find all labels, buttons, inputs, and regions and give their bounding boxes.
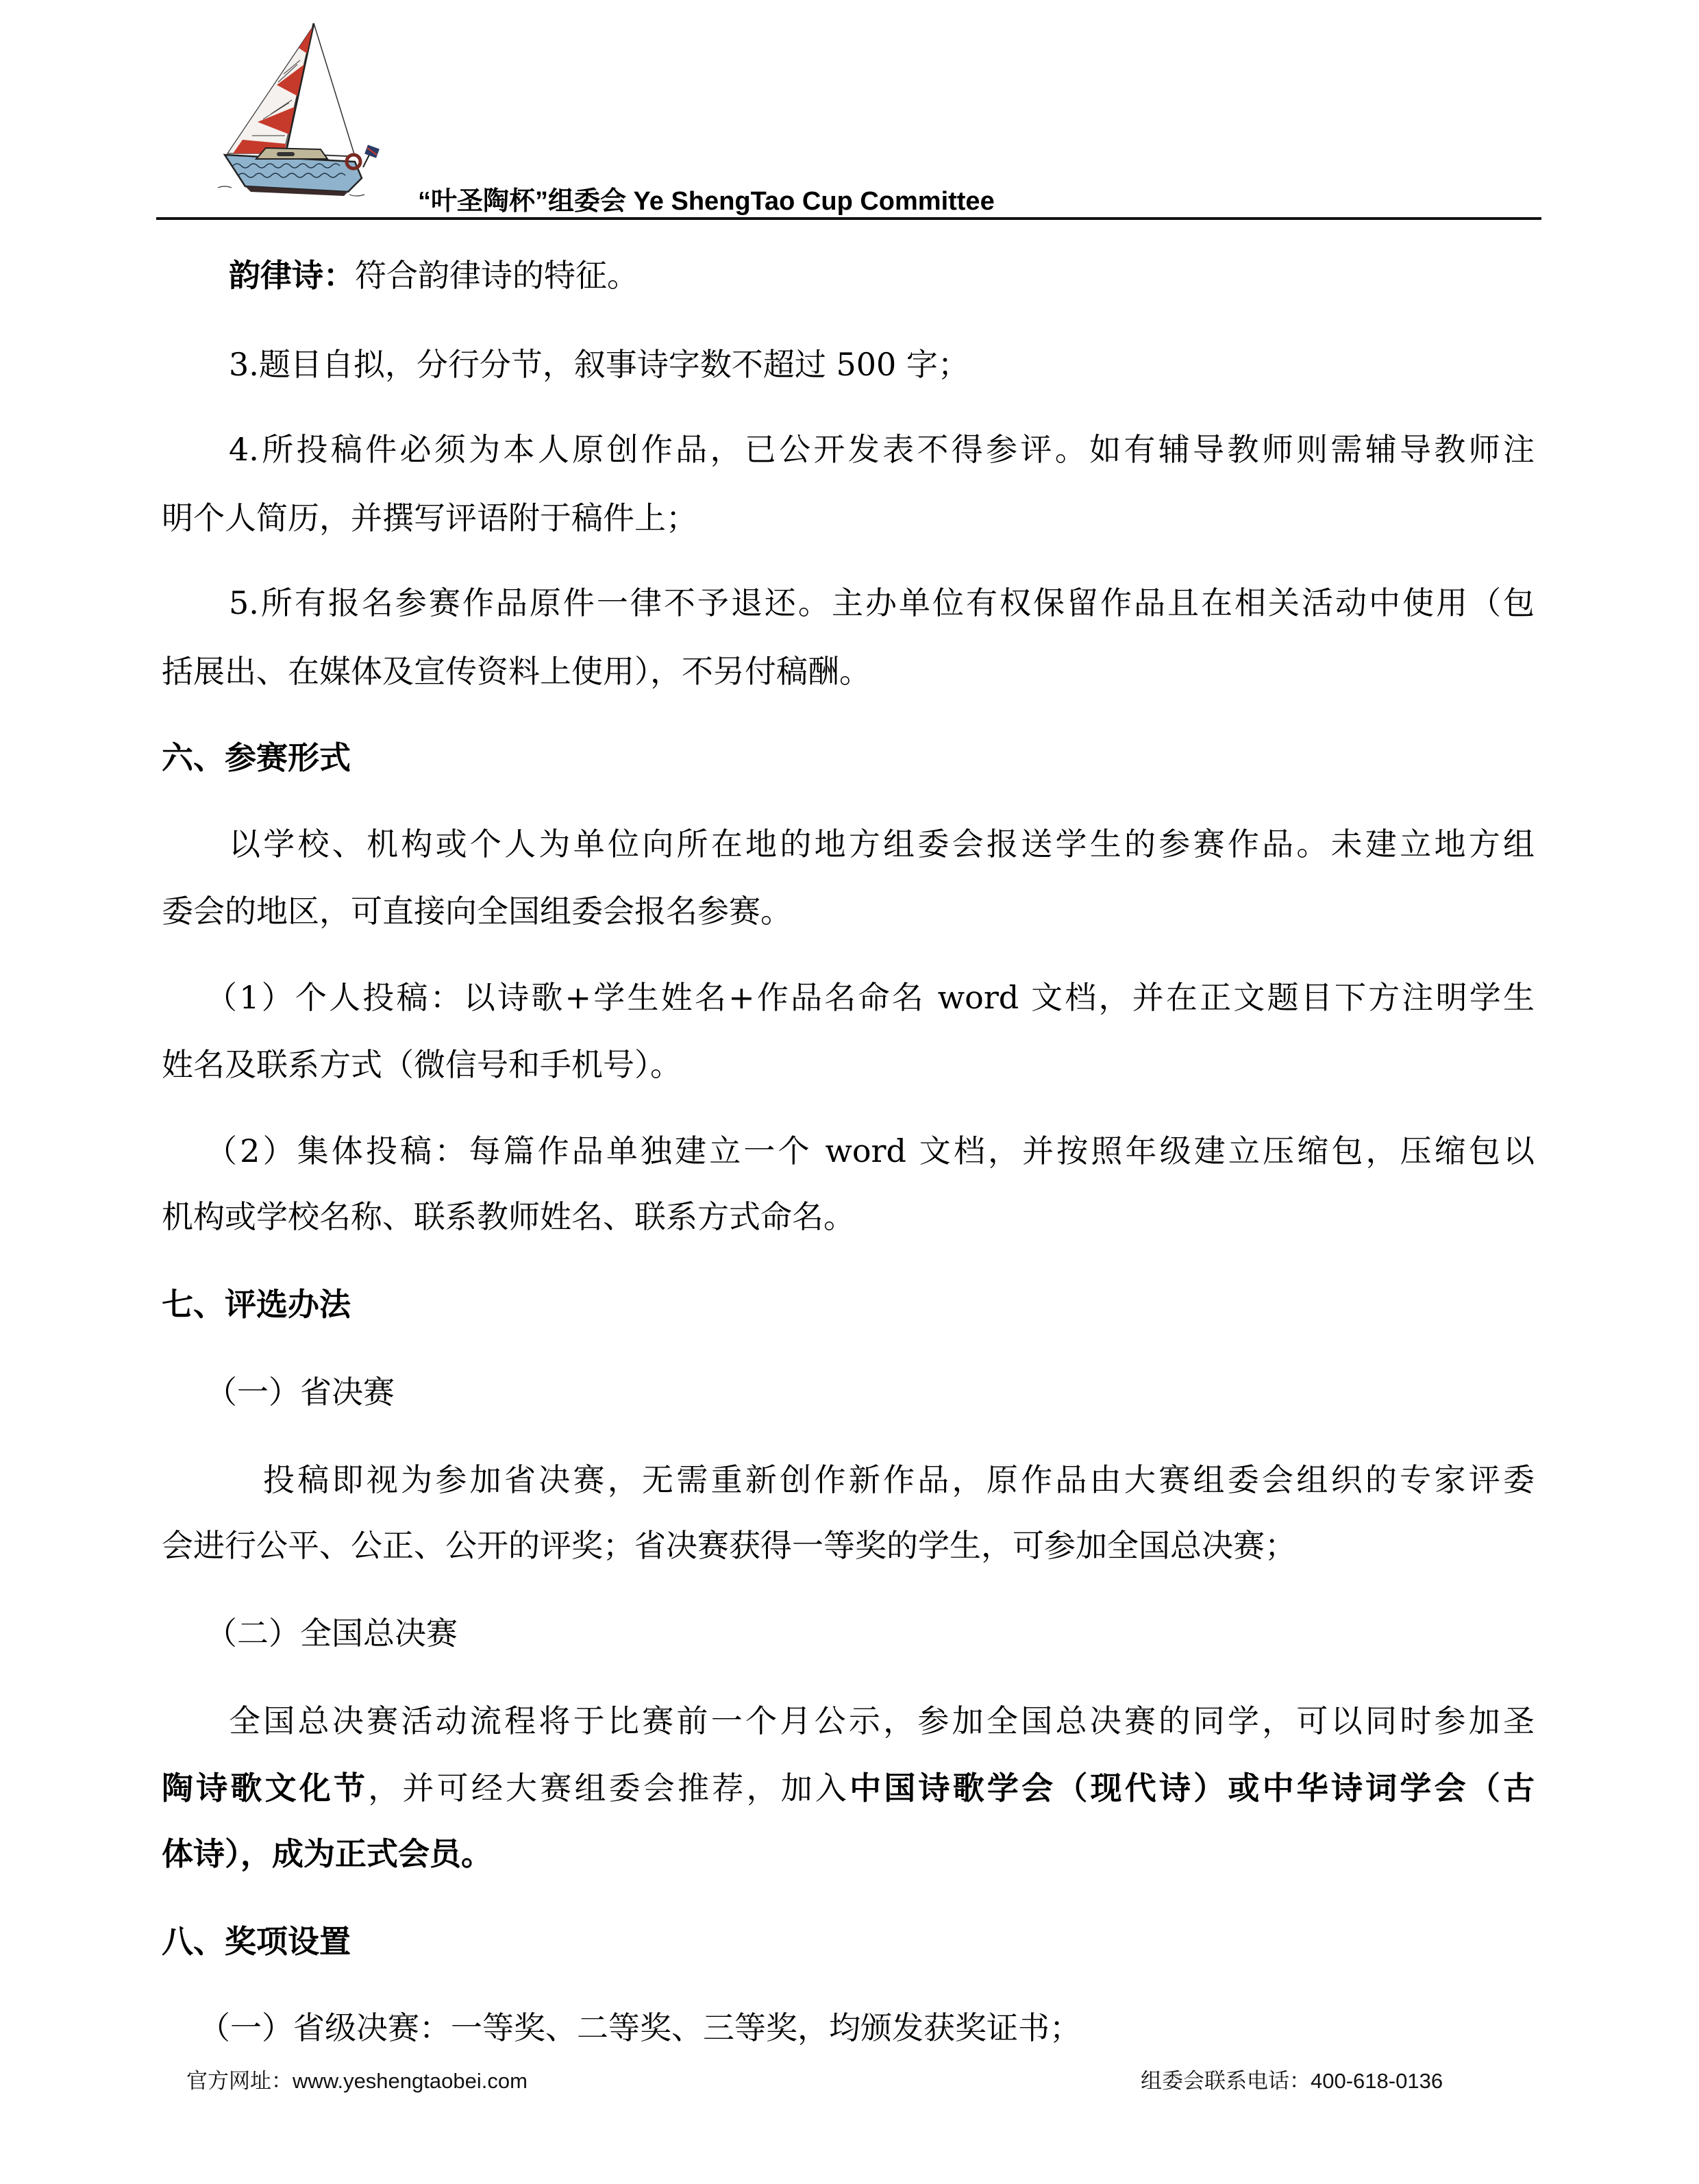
header-title: “叶圣陶杯”组委会 Ye ShengTao Cup Committee <box>418 179 995 217</box>
footer-phone: 组委会联系电话：400-618-0136 <box>1141 2063 1443 2094</box>
s8-item-1: （一）省级决赛：一等奖、二等奖、三等奖，均颁发获奖证书； <box>199 2009 1081 2047</box>
document-page: “叶圣陶杯”组委会 Ye ShengTao Cup Committee 韵律诗：… <box>0 0 1699 2184</box>
section-heading-8: 八、奖项设置 <box>162 1922 351 1961</box>
list-item-4-line1: 4.所投稿件必须为本人原创作品，已公开发表不得参评。如有辅导教师则需辅导教师注 <box>229 430 1535 469</box>
society-names: 中国诗歌学会（现代诗）或中华诗词学会（古 <box>849 1770 1535 1807</box>
festival-name: 陶诗歌文化节 <box>162 1770 368 1807</box>
website-label: 官方网址： <box>186 2069 293 2093</box>
s7-paragraph-2-line1: 全国总决赛活动流程将于比赛前一个月公示，参加全国总决赛的同学，可以同时参加圣 <box>229 1702 1535 1740</box>
text: 5.所有报名参赛作品原件一律不予退还。主办单位有权保留作品且在相关活动中使用（包 <box>229 584 1535 622</box>
s6-paragraph-3-line1: （2）集体投稿：每篇作品单独建立一个 word 文档，并按照年级建立压缩包，压缩… <box>206 1132 1535 1170</box>
footer-website: 官方网址：www.yeshengtaobei.com <box>186 2063 528 2094</box>
paragraph-metrical: 韵律诗：符合韵律诗的特征。 <box>229 256 638 295</box>
text: 4.所投稿件必须为本人原创作品，已公开发表不得参评。如有辅导教师则需辅导教师注 <box>229 430 1535 469</box>
s6-paragraph-1-line2: 委会的地区，可直接向全国组委会报名参赛。 <box>162 892 792 930</box>
text-mixed: 陶诗歌文化节，并可经大赛组委会推荐，加入中国诗歌学会（现代诗）或中华诗词学会（古 <box>162 1769 1535 1807</box>
s7-paragraph-2-line3: 体诗），成为正式会员。 <box>162 1835 493 1873</box>
s7-paragraph-1-line2: 会进行公平、公正、公开的评奖；省决赛获得一等奖的学生，可参加全国总决赛； <box>162 1526 1296 1565</box>
s7-subheading-2: （二）全国总决赛 <box>206 1614 458 1652</box>
s6-paragraph-2-line1: （1）个人投稿：以诗歌+学生姓名+作品名命名 word 文档，并在正文题目下方注… <box>206 978 1535 1017</box>
s7-paragraph-2-line2: 陶诗歌文化节，并可经大赛组委会推荐，加入中国诗歌学会（现代诗）或中华诗词学会（古 <box>162 1769 1535 1807</box>
text: （2）集体投稿：每篇作品单独建立一个 word 文档，并按照年级建立压缩包，压缩… <box>206 1132 1535 1170</box>
list-item-5-line1: 5.所有报名参赛作品原件一律不予退还。主办单位有权保留作品且在相关活动中使用（包 <box>229 584 1535 622</box>
s7-subheading-1: （一）省决赛 <box>206 1373 395 1411</box>
phone-number: 400-618-0136 <box>1311 2069 1443 2093</box>
text: ，并可经大赛组委会推荐，加入 <box>368 1770 849 1807</box>
s7-paragraph-1-line1: 投稿即视为参加省决赛，无需重新创作新作品，原作品由大赛组委会组织的专家评委 <box>263 1461 1535 1499</box>
website-link[interactable]: www.yeshengtaobei.com <box>293 2069 528 2093</box>
phone-label: 组委会联系电话： <box>1141 2069 1311 2093</box>
list-item-3: 3.题目自拟，分行分节，叙事诗字数不超过 500 字； <box>229 345 969 384</box>
sailboat-logo-icon <box>218 19 389 199</box>
text: 以学校、机构或个人为单位向所在地的地方组委会报送学生的参赛作品。未建立地方组 <box>229 825 1535 863</box>
s6-paragraph-1-line1: 以学校、机构或个人为单位向所在地的地方组委会报送学生的参赛作品。未建立地方组 <box>229 825 1535 863</box>
term-label: 韵律诗： <box>229 257 355 294</box>
list-item-4-line2: 明个人简历，并撰写评语附于稿件上； <box>162 499 697 537</box>
header-divider <box>156 217 1541 220</box>
list-item-5-line2: 括展出、在媒体及宣传资料上使用），不另付稿酬。 <box>162 652 871 691</box>
s6-paragraph-2-line2: 姓名及联系方式（微信号和手机号）。 <box>162 1045 682 1084</box>
term-definition: 符合韵律诗的特征。 <box>355 257 638 294</box>
text: （1）个人投稿：以诗歌+学生姓名+作品名命名 word 文档，并在正文题目下方注… <box>206 978 1535 1017</box>
section-heading-7: 七、评选办法 <box>162 1285 351 1324</box>
text: 投稿即视为参加省决赛，无需重新创作新作品，原作品由大赛组委会组织的专家评委 <box>263 1461 1535 1499</box>
section-heading-6: 六、参赛形式 <box>162 739 351 777</box>
s6-paragraph-3-line2: 机构或学校名称、联系教师姓名、联系方式命名。 <box>162 1198 855 1236</box>
text: 全国总决赛活动流程将于比赛前一个月公示，参加全国总决赛的同学，可以同时参加圣 <box>229 1702 1535 1740</box>
